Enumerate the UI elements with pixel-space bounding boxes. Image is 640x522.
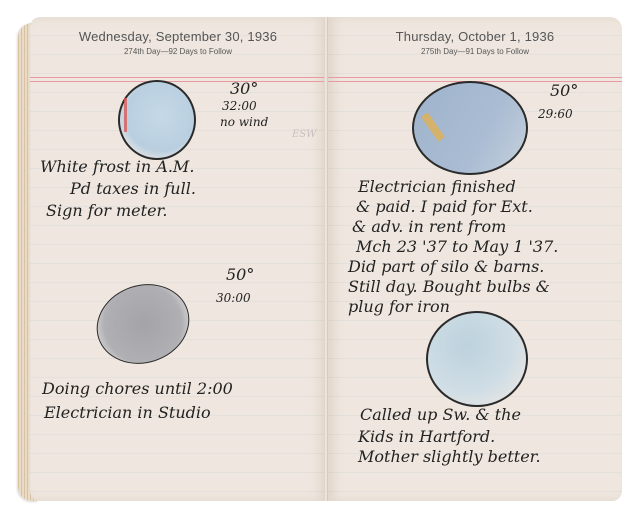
- entry-1-line-6: Still day. Bought bulbs &: [348, 277, 550, 296]
- entry-2-line-1: Called up Sw. & the: [360, 405, 521, 424]
- afternoon-barometer: 30:00: [216, 291, 251, 305]
- afternoon-temp: 50°: [226, 265, 254, 284]
- morning-barometer: 29:60: [538, 107, 573, 121]
- morning-wind-note: no wind: [220, 115, 268, 129]
- red-shading: [124, 98, 127, 132]
- left-page: Wednesday, September 30, 1936 274th Day—…: [30, 17, 326, 501]
- header-rule: [30, 77, 326, 82]
- entry-1-line-1: Electrician finished: [358, 177, 516, 196]
- yellow-shading: [421, 112, 445, 141]
- sky-circle-afternoon: [426, 311, 528, 407]
- right-day-info: 275th Day—91 Days to Follow: [328, 47, 622, 56]
- left-page-header: Wednesday, September 30, 1936 274th Day—…: [30, 29, 326, 56]
- entry-1-line-7: plug for iron: [348, 297, 450, 316]
- right-page-header: Thursday, October 1, 1936 275th Day—91 D…: [328, 29, 622, 56]
- left-day-info: 274th Day—92 Days to Follow: [30, 47, 326, 56]
- right-page: Thursday, October 1, 1936 275th Day—91 D…: [328, 17, 622, 501]
- morning-barometer: 32:00: [222, 99, 257, 113]
- entry-2-line-1: Doing chores until 2:00: [42, 379, 233, 398]
- right-date: Thursday, October 1, 1936: [328, 29, 622, 44]
- entry-1-line-5: Did part of silo & barns.: [348, 257, 544, 276]
- entry-1-line-2: & paid. I paid for Ext.: [356, 197, 533, 216]
- entry-2-line-3: Mother slightly better.: [358, 447, 541, 466]
- diary-spread: Wednesday, September 30, 1936 274th Day—…: [18, 17, 622, 501]
- sky-circle-morning: [118, 80, 196, 160]
- entry-2-line-2: Kids in Hartford.: [358, 427, 495, 446]
- entry-1-line-3: & adv. in rent from: [352, 217, 506, 236]
- left-date: Wednesday, September 30, 1936: [30, 29, 326, 44]
- entry-1-line-2: Pd taxes in full.: [70, 179, 196, 198]
- sky-circle-morning: [412, 81, 528, 175]
- morning-temp: 30°: [230, 79, 258, 98]
- entry-1-line-1: White frost in A.M.: [40, 157, 194, 176]
- entry-1-line-3: Sign for meter.: [46, 201, 168, 220]
- sky-circle-afternoon: [86, 272, 200, 375]
- morning-temp: 50°: [550, 81, 578, 100]
- entry-1-line-4: Mch 23 '37 to May 1 '37.: [356, 237, 558, 256]
- entry-2-line-2: Electrician in Studio: [44, 403, 211, 422]
- margin-note: ESW: [292, 129, 316, 140]
